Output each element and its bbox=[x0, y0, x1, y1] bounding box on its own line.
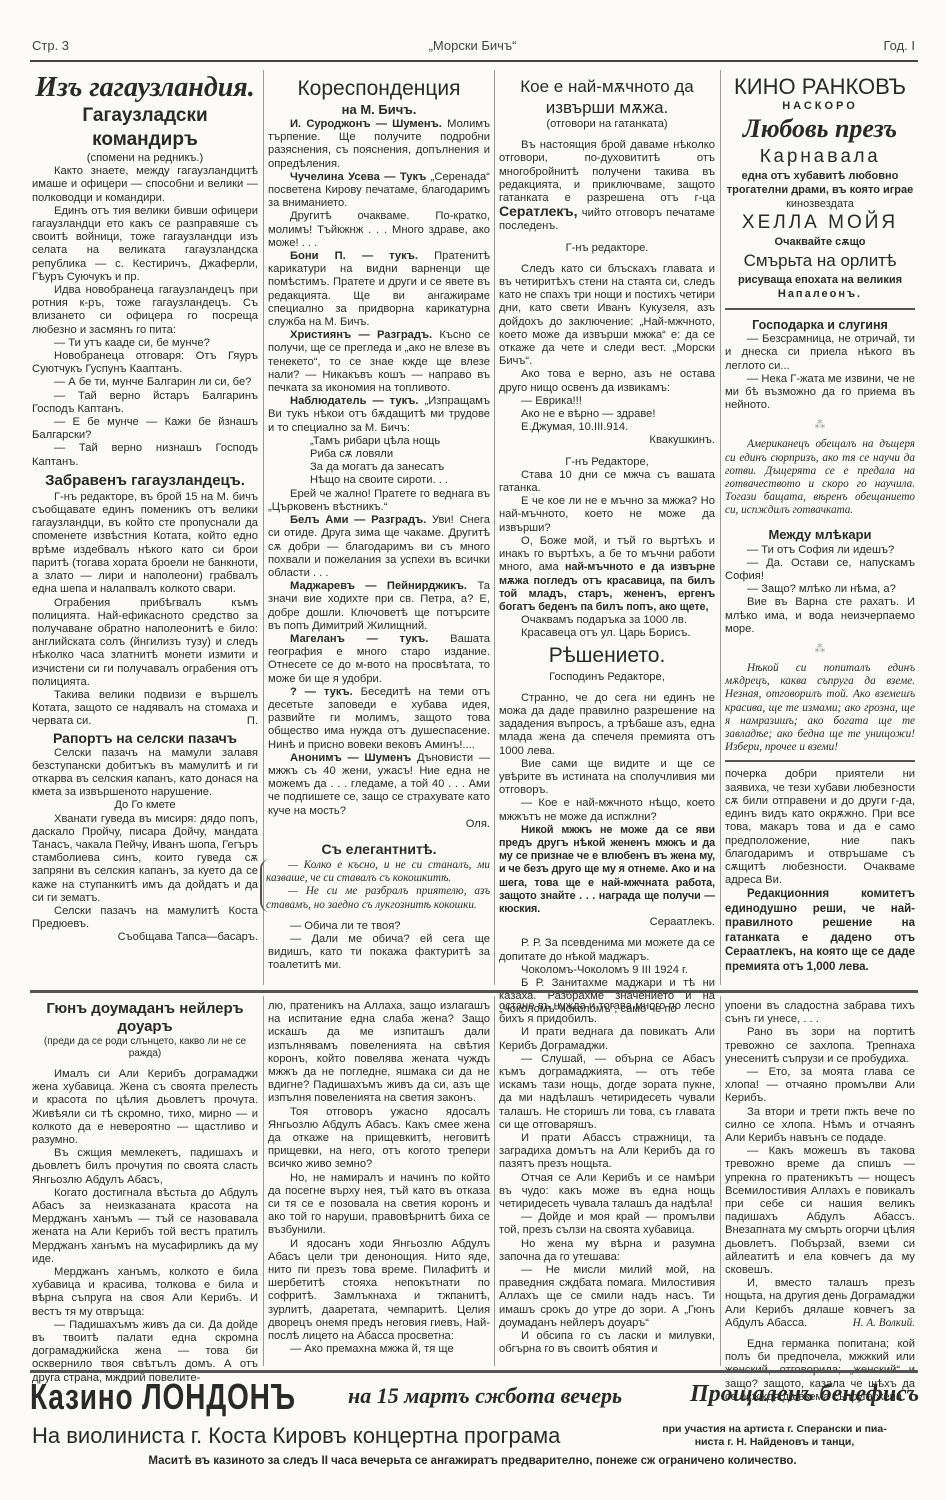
paragraph: Е.Джумая, 10.III.914. bbox=[499, 421, 715, 434]
column-divider bbox=[720, 70, 721, 985]
correspondence-item: Белъ Ами — Разградъ. Уви! Снега си отиде… bbox=[268, 514, 490, 580]
correspondence-item: Бони П. — тукъ. Пратенитѣ карикатури на … bbox=[268, 250, 490, 329]
paragraph: — Ти утъ кааде си, бе мунче? bbox=[32, 337, 258, 350]
column-divider bbox=[263, 70, 264, 985]
paragraph: — А бе ти, мунче Балгарин ли си, бе? bbox=[32, 376, 258, 389]
film-title: Карнавала bbox=[725, 145, 915, 169]
concert-line: На виолиниста г. Коста Кировъ концертна … bbox=[32, 1423, 560, 1449]
paragraph: Ограбения прибѣгвалъ къмъ полицията. Най… bbox=[32, 597, 258, 689]
paragraph: Селски пазачъ на мамулитѣ Коста Предюевъ… bbox=[32, 905, 258, 931]
paragraph: О, Боже мой, и тъй го вьртѣхъ и инакъ го… bbox=[499, 535, 715, 614]
story-title: Гюнъ доумаданъ нейлеръ доуаръ bbox=[32, 1000, 258, 1036]
column-divider bbox=[494, 996, 495, 1366]
article-title: Рапортъ на селски пазачъ bbox=[32, 729, 258, 747]
correspondence-item: И. Суроджонъ — Шуменъ. Молимъ търпение. … bbox=[268, 118, 490, 171]
correspondence-item: Маджаревъ — Пейнирджикъ. Та значи вие хо… bbox=[268, 580, 490, 633]
article-title: Изъ гагаузландия. bbox=[32, 72, 258, 104]
correspondence-item: ? — тукъ. Беседитѣ на теми отъ десетьте … bbox=[268, 686, 490, 752]
volume-year: Год. I bbox=[883, 38, 915, 53]
column-1: Изъ гагаузландия. Гагаузладски командиръ… bbox=[32, 72, 258, 945]
paragraph: За втори и трети пжть вече по силно се х… bbox=[725, 1106, 915, 1146]
paragraph: Тоя отговоръ ужасно ядосалъ Янгьозлю Абд… bbox=[268, 1106, 490, 1172]
paragraph: Мерджанъ ханъмъ, колкото е била хубавица… bbox=[32, 1266, 258, 1319]
paragraph: Следъ като си блъскахъ главата и въ чети… bbox=[499, 263, 715, 369]
concert-participants: при участия на артиста г. Сперански и пи… bbox=[632, 1423, 917, 1449]
article-note: (отговори на гатанката) bbox=[499, 118, 715, 131]
casino-name: Казино ЛОНДОНЪ bbox=[30, 1377, 296, 1417]
correspondence-item: Магеланъ — тукъ. Вашата география е мног… bbox=[268, 633, 490, 686]
paragraph: — Дойде и моя край — промълви той, презъ… bbox=[499, 1211, 715, 1237]
signature: Красавеца отъ ул. Царь Борисъ. bbox=[499, 627, 715, 640]
paragraph: Идва новобранеца гагаузландецъ при ротни… bbox=[32, 284, 258, 337]
section-rule bbox=[725, 760, 915, 762]
paragraph: Въ настоящия брой даваме нѣколко отговор… bbox=[499, 139, 715, 233]
paragraph: Но, не намиралъ и начинъ по който да пос… bbox=[268, 1172, 490, 1238]
poem: „Тамъ рибари цѣла нощь Риба сѫ ловяли За… bbox=[268, 435, 490, 488]
signature: Квакушкинъ. bbox=[499, 434, 715, 447]
paragraph: лю, пратеникъ на Аллаха, защо излагашъ н… bbox=[268, 1000, 490, 1106]
dialogue-line: — Безсрамница, не отричай, ти и днеска с… bbox=[725, 333, 915, 373]
article-note: (спомени на редникъ.) bbox=[32, 152, 258, 165]
dialogue-line: — Да. Остави се, напускамъ София! bbox=[725, 557, 915, 583]
correspondence-item: Християнъ — Разградъ. Късно се получи, щ… bbox=[268, 329, 490, 395]
dialogue-line: — Защо? млѣко ли нѣма, а? bbox=[725, 583, 915, 596]
dialogue-bracket: — Колко е късно, и не си станалъ, ми каз… bbox=[260, 859, 490, 912]
article-subtitle: Гагаузладски командиръ bbox=[32, 104, 258, 152]
paragraph: Както знаете, между гагаузландцитѣ имаше… bbox=[32, 165, 258, 205]
column-4: КИНО РАНКОВЪ НАСКОРО Любовь презъ Карнав… bbox=[725, 74, 915, 974]
paragraph: Новобранеца отговаря: Отъ Гяуръ Суютчукъ… bbox=[32, 350, 258, 376]
editorial-verdict: Редакционния комитетъ единодушно реши, ч… bbox=[725, 887, 915, 974]
dialogue-line: — Ти отъ София ли идешъ? bbox=[725, 544, 915, 557]
film-title: Смърьта на орлитѣ bbox=[725, 249, 915, 273]
paragraph: Р. Р. За псевденима ми можете да се допи… bbox=[499, 937, 715, 963]
paragraph: До Го кмете bbox=[32, 799, 258, 812]
paragraph: почерка добри приятели ни заявиха, че те… bbox=[725, 768, 915, 887]
section-subtitle: на М. Бичъ. bbox=[268, 102, 490, 118]
paragraph: И, вместо талашъ презъ нощьта, на другия… bbox=[725, 1277, 915, 1330]
section-rule bbox=[725, 308, 915, 310]
paragraph: — Кое е най-мжчното нѣщо, което мжжътъ н… bbox=[499, 797, 715, 823]
signature: Съобщава Тапса—басаръ. bbox=[32, 931, 258, 944]
letter-greeting: Г-нъ редакторе. bbox=[499, 242, 715, 255]
anecdote: Американецъ обещалъ на дъщеря си единъ с… bbox=[725, 438, 915, 517]
paragraph: — Какъ можешъ въ такова тревожно време д… bbox=[725, 1145, 915, 1277]
film-title: Любовь презъ bbox=[725, 113, 915, 145]
paragraph: И ядосанъ ходи Янгьозлю Абдулъ Абасъ цел… bbox=[268, 1238, 490, 1344]
article-title: Съ елегантнитѣ. bbox=[268, 839, 490, 859]
paragraph: И прати Абассъ стражници, та заградиха д… bbox=[499, 1132, 715, 1172]
column-3: Кое е най-мѫчното да извърши мѫжа. (отго… bbox=[499, 76, 715, 1017]
correspondence-item: Наблюдатель — тукъ. „Изпращамъ Ви тукъ н… bbox=[268, 395, 490, 435]
paragraph: Ако това е верно, азъ не остава друго ни… bbox=[499, 368, 715, 394]
article-title: Между млѣкари bbox=[725, 526, 915, 544]
story-subtitle: (преди да се роди слънцето, какво ли не … bbox=[32, 1036, 258, 1060]
article-title: Забравенъ гагаузландецъ. bbox=[32, 471, 258, 491]
paragraph: Вие сами ще видите и ще се увѣрите въ ис… bbox=[499, 758, 715, 798]
paragraph: Става 10 дни се мжча съ вашата гатанка. bbox=[499, 469, 715, 495]
correspondence-item: Анонимъ — Шуменъ Дъновисти — мжжъ съ 40 … bbox=[268, 752, 490, 818]
story-column-2: лю, пратеникъ на Аллаха, защо излагашъ н… bbox=[268, 1000, 490, 1356]
dialogue-line: — Не си ме разбралъ приятелю, азъ ставам… bbox=[266, 885, 490, 911]
dialogue-line: — Дали ме обича? ей сега ще видишъ, като… bbox=[268, 933, 490, 973]
paragraph: Рано въ зори на портитѣ тревожно се захл… bbox=[725, 1026, 915, 1066]
asterism-icon: ⁂ bbox=[725, 412, 915, 438]
paragraph: Ако не е вѣрно — здраве! bbox=[499, 408, 715, 421]
paragraph: Чоколомъ-Чоколомъ 9 III 1924 г. bbox=[499, 964, 715, 977]
paragraph: — Не мисли милий мой, на праведния сждба… bbox=[499, 1264, 715, 1330]
asterism-icon: ⁂ bbox=[725, 636, 915, 662]
paragraph: Селски пазачъ на мамули залавя безступан… bbox=[32, 747, 258, 800]
paragraph: — Ето, за моята глава се хлопа! — отчаян… bbox=[725, 1066, 915, 1106]
section-title: Кореспонденция bbox=[268, 76, 490, 102]
paragraph: Въ сжщия мемлекетъ, падишахъ и дьовлетъ … bbox=[32, 1147, 258, 1187]
column-divider bbox=[720, 996, 721, 1366]
column-divider bbox=[263, 996, 264, 1366]
paragraph: Такива велики подвизи е вършелъ Котата, … bbox=[32, 689, 258, 729]
correspondence-item: Другитѣ очакваме. По-кратко, молимъ! Тъй… bbox=[268, 210, 490, 250]
paragraph: Единъ отъ тия велики бивши офицери гагау… bbox=[32, 205, 258, 284]
paragraph: Но жена му вѣрна и разумна започна да го… bbox=[499, 1238, 715, 1264]
paragraph: И обсипа го съ ласки и милувки, обгърна … bbox=[499, 1330, 715, 1356]
paragraph: Отчая се Али Керибъ и се намѣри въ чудо:… bbox=[499, 1172, 715, 1212]
running-header: Стр. 3 „Морски Бичъ“ Год. I bbox=[30, 38, 915, 54]
author-signature: Н. А. Волкий. bbox=[831, 1317, 915, 1330]
section-rule bbox=[30, 1370, 918, 1373]
paragraph: Никой мжжъ не може да се яви предъ другъ… bbox=[499, 824, 715, 916]
paragraph: Е че кое ли не е мъчно за мжжа? Но най-м… bbox=[499, 495, 715, 535]
dialogue-line: — Нека Г-жата ме извини, че не ми бѣ въз… bbox=[725, 373, 915, 413]
paragraph: Очаквамъ подаръка за 1000 лв. bbox=[499, 614, 715, 627]
correspondence-item: Ерей че жално! Пратете го веднага въ „Цъ… bbox=[268, 488, 490, 514]
column-divider bbox=[494, 70, 495, 985]
letter-greeting: Г-нъ Редакторе, bbox=[499, 456, 715, 469]
letter-greeting: Господинъ Редакторе, bbox=[499, 671, 715, 684]
paragraph: — Ако премахна мжжа й, тя ще bbox=[268, 1343, 490, 1356]
paragraph: — Тай верно йстаръ Балгаринъ Господъ Кап… bbox=[32, 390, 258, 416]
signature: Сераатлекъ. bbox=[499, 916, 715, 929]
event-title: Прощаленъ бенефисъ bbox=[690, 1381, 919, 1407]
header-rule bbox=[30, 60, 918, 62]
paragraph: Странно, че до сега ни единъ не можа да … bbox=[499, 692, 715, 758]
column-2: Кореспонденция на М. Бичъ. И. Суроджонъ … bbox=[268, 76, 490, 973]
paragraph: И прати веднага да повикатъ Али Керибъ Д… bbox=[499, 1026, 715, 1052]
paragraph: Ималъ си Али Керибъ дограмаджи жена хуба… bbox=[32, 1068, 258, 1147]
anecdote: Нѣкой си попиталъ единъ мѫдрецъ, каква с… bbox=[725, 662, 915, 754]
paragraph: — Тай верно низнашъ Господъ Каптанъ. bbox=[32, 442, 258, 468]
correspondence-item: Чучелина Усева — Тукъ „Серенада“ посвете… bbox=[268, 171, 490, 211]
cinema-ad: КИНО РАНКОВЪ НАСКОРО Любовь презъ Карнав… bbox=[725, 74, 915, 302]
paragraph: Когато достигнала вѣстьта до Абдулъ Абас… bbox=[32, 1187, 258, 1266]
story-column-3: остане въ нужда и тогава много по лесно … bbox=[499, 1000, 715, 1356]
star-name: ХЕЛЛА МОЙЯ bbox=[725, 211, 915, 235]
paragraph: остане въ нужда и тогава много по лесно … bbox=[499, 1000, 715, 1026]
dialogue-line: — Обича ли те твоя? bbox=[268, 920, 490, 933]
newspaper-title: „Морски Бичъ“ bbox=[30, 38, 915, 53]
signature: Оля. bbox=[268, 818, 490, 831]
paragraph: Г-нъ редакторе, въ брой 15 на М. бичъ съ… bbox=[32, 491, 258, 597]
paragraph: — Слушай, — обърна се Абасъ къмъ дограма… bbox=[499, 1053, 715, 1132]
paragraph: — Еврика!!! bbox=[499, 395, 715, 408]
event-date: на 15 мартъ сжбота вечерь bbox=[348, 1383, 622, 1408]
article-title: Господарка и слугиня bbox=[725, 318, 915, 333]
dialogue-line: Вие въ Варна сте рахатъ. И млѣко има, и … bbox=[725, 596, 915, 636]
signature: П. bbox=[225, 715, 258, 728]
cinema-name: КИНО РАНКОВЪ bbox=[725, 74, 915, 100]
casino-ad: Казино ЛОНДОНЪ на 15 мартъ сжбота вечерь… bbox=[30, 1375, 915, 1485]
newspaper-page: Стр. 3 „Морски Бичъ“ Год. I Изъ гагаузла… bbox=[0, 0, 946, 1500]
section-rule bbox=[30, 990, 918, 993]
reservation-note: Маситѣ въ казиното за следъ II часа вече… bbox=[30, 1455, 915, 1467]
article-title: Рѣшението. bbox=[499, 641, 715, 671]
article-title: Кое е най-мѫчното да извърши мѫжа. bbox=[499, 76, 715, 118]
paragraph: упоени въ сладостна забрава тихъ сънъ ги… bbox=[725, 1000, 915, 1026]
story-column-4: упоени въ сладостна забрава тихъ сънъ ги… bbox=[725, 1000, 915, 1404]
paragraph: — Е бе мунче — Кажи бе йзнашъ Балгарски? bbox=[32, 416, 258, 442]
story-column-1: Гюнъ доумаданъ нейлеръ доуаръ (преди да … bbox=[32, 1000, 258, 1385]
paragraph: Хванати гуведа въ мисиря: дядо попъ, дас… bbox=[32, 813, 258, 905]
dialogue-line: — Колко е късно, и не си станалъ, ми каз… bbox=[266, 859, 490, 885]
